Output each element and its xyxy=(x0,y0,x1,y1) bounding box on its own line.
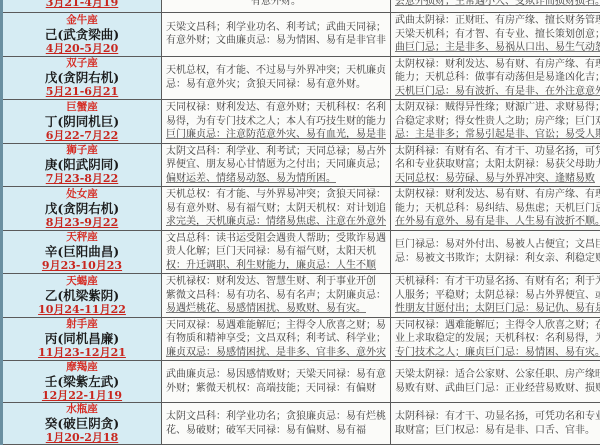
sign-date: 3月21-4月19 xyxy=(3,0,161,9)
sign-date-range: 6月22-7月22 xyxy=(3,129,161,142)
heavenly-stem-stars: 壬(梁紫左武) xyxy=(3,374,161,389)
right-description: 天同权禄：遇难能解厄；主得令人欣喜之财；在事业上求取稳定的发展；天机科权：名利易… xyxy=(391,317,600,361)
description-line: 能力；天机总科：易纠结、易焦虑；天机巨门忌： xyxy=(395,202,600,216)
right-description: 太阴权禄：财利发达、易有财、有房产缘、有理财能力；天机总科：做事有动荡但是易逢凶… xyxy=(391,56,600,100)
mid-description: 天梁文昌科；利学业功名、利考试；武曲天同禄；有意外财；文曲廉贞忌：易为情困、易有… xyxy=(162,13,391,57)
sign-cell: 摩羯座 壬(梁紫左武) 12月22-1月19 xyxy=(2,361,162,401)
description-line: 性朋友甘愿付出；太阴巨门忌：易记仇、易有是非 xyxy=(395,302,600,316)
zodiac-sign-name: 处女座 xyxy=(3,188,161,201)
description-line: 廉贞双忌：易感情困扰、是非多、官非多、意外灾 xyxy=(166,346,386,360)
sign-cell: 3月21-4月19 xyxy=(2,0,162,13)
mid-description: 天机总权，有才能、不过易与外界冲突；天机廉贞忌：易有意外灾；贪狼天同禄：易有意外… xyxy=(162,56,391,100)
table-row: 天蝎座 乙(机梁紫阴) 10月24-11月22 天机禄权：财利发达、智慧生财、利… xyxy=(2,274,600,318)
table-row: 摩羯座 壬(梁紫左武) 12月22-1月19 武曲廉贞忌：易因感情败财；天梁天同… xyxy=(2,361,600,401)
zodiac-sign-name: 天蝎座 xyxy=(3,275,161,288)
heavenly-stem-stars: 丙(同机昌廉) xyxy=(3,331,161,346)
description-line: 易有意外财、易有福气财；太阴天机权：对计划追 xyxy=(166,202,386,216)
description-line: 武曲太阴禄：正财旺、有房产缘、擅长财务管理； xyxy=(395,14,600,28)
description-line: 天同权禄：遇难能解厄；主得令人欣喜之财；在事 xyxy=(395,319,600,333)
ziwei-zodiac-table: 3月21-4月19 有意外财。 会意外损财；主常遇小人、受欺诈而损财损名。 金牛… xyxy=(0,0,600,400)
mid-description: 武曲廉贞忌：易因感情败财；天梁天同禄：易有意外财；紫微天机权：高端技能；天同禄：… xyxy=(162,361,391,401)
description-line: 求完美，天机廉贞忌：情绪易焦虑、注意在外意外 xyxy=(166,215,386,229)
sign-cell: 狮子座 庚(阳武阴同) 7月23-8月22 xyxy=(2,143,162,187)
sign-date-range: 12月22-1月19 xyxy=(3,389,161,400)
zodiac-sign-name: 狮子座 xyxy=(3,144,161,157)
description-line: 武曲廉贞忌：易因感情败财；天梁天同禄：易有意 xyxy=(166,368,386,382)
table-row: 巨蟹座 丁(阴同机巨) 6月22-7月22 天同权禄：财利发达、有意外财；天机科… xyxy=(2,100,600,144)
right-description: 巨门禄忌：易对外付出、易被人占便宜；文昌巨门忌：易被文书欺诈；太阴禄：利女亲、利… xyxy=(391,230,600,274)
description-line: 太阴权禄：财利发达、易有财、有房产缘、有理财 xyxy=(395,188,600,202)
sign-cell: 双子座 戊(贪阴右机) 5月21-6月21 xyxy=(2,56,162,100)
description-line: 紫微文昌科：易有功名、易有名声；太阴廉贞忌： xyxy=(166,289,386,303)
sign-date-range: 9月23-10月23 xyxy=(3,259,161,272)
mid-description: 太阴文昌科：利学业、利考试；天同总禄；易占外界便宜、朋友易心甘情愿为之付出；天同… xyxy=(162,143,391,187)
right-description: 太阴双禄：贼得异性缘；财源广进、求财易得；适合稳定求财；得女性贵人之助；房产缘；… xyxy=(391,100,600,144)
description-line: 天机总权：有才能、与外界易冲突；贪狼天同禄： xyxy=(166,188,386,202)
mid-description: 有意外财。 xyxy=(162,0,391,13)
mid-description: 天机总权：有才能、与外界易冲突；贪狼天同禄：易有意外财、易有福气财；太阴天机权：… xyxy=(162,187,391,231)
description-line: 天同权禄：财利发达、有意外财；天机科权：名利 xyxy=(166,101,386,115)
table-row: 射手座 丙(同机昌廉) 11月23-12月21 天同双禄：易遇难能解厄；主得令人… xyxy=(2,317,600,361)
description-line: 巨门廉贞忌：注意防范意外灾、易有血光，易是非 xyxy=(166,128,386,142)
right-description: 天梁太阴禄：适合公家财、公家任职、房产缘旺、易败有财、武曲巨门忌：正业经营易败财… xyxy=(391,361,600,401)
right-description: 会意外损财；主常遇小人、受欺诈而损财损名。 xyxy=(391,0,600,13)
description-line: 人服务；平稳财；太阴总禄：易占外界便宜、或女 xyxy=(395,289,600,303)
description-line: 界便宜、朋友易心甘情愿为之付出；天同廉贞忌； xyxy=(166,158,386,172)
mid-description: 天同双禄：易遇难能解厄；主得令人欣喜之财；易有物质和精神享受；文昌双科；利考试、… xyxy=(162,317,391,361)
description-line: 偏财运差、情绪易动怒、易为情所困。 xyxy=(166,172,386,186)
table-row: 双子座 戊(贪阴右机) 5月21-6月21 天机总权，有才能、不过易与外界冲突；… xyxy=(2,56,600,100)
sign-date-range: 11月23-12月21 xyxy=(3,346,161,359)
sign-cell: 天秤座 辛(巨阳曲昌) 9月23-10月23 xyxy=(2,230,162,274)
sign-date-range: 8月23-9月22 xyxy=(3,216,161,229)
sign-date-range: 10月24-11月22 xyxy=(3,303,161,316)
description-line: 天机巨门忌：易有波折、有是非、在外注意意外。 xyxy=(395,85,600,99)
sign-cell: 处女座 戊(贪阴右机) 8月23-9月22 xyxy=(2,187,162,231)
description-line: 天同总权：易劳碌、易与外界冲突、逢赌易败 xyxy=(395,172,600,186)
heavenly-stem-stars: 戊(贪阴右机) xyxy=(3,201,161,216)
zodiac-sign-name: 双子座 xyxy=(3,57,161,70)
description-line: 能力；天机总科：做事有动荡但是易逢凶化吉； xyxy=(395,71,600,85)
description-line: 文昌总科：读书运受阻会遇贵人帮助；受欺诈易遇 xyxy=(166,232,386,246)
description-line: 忌：易被文书欺诈；太阴禄：利女亲、利稳定财 xyxy=(395,252,600,266)
mid-description: 天机禄权：财利发达、智慧生财、利于事业开创紫微文昌科：易有功名、易有名声；太阴廉… xyxy=(162,274,391,318)
sign-date-range: 5月21-6月21 xyxy=(3,85,161,98)
description-line: 忌：易有意外灾；贪狼天同禄：易有意外财。 xyxy=(166,78,386,92)
description-line: 天机总权，有才能、不过易与外界冲突；天机廉贞 xyxy=(166,64,386,78)
description-line: 合稳定求财；得女性贵人之助；房产缘；巨门双 xyxy=(395,115,600,129)
sign-cell: 金牛座 己(武贪梁曲) 4月20-5月20 xyxy=(2,13,162,57)
description-line: 太阴权禄：财利发达、易有财、有房产缘、有理财 xyxy=(395,58,600,72)
description-line: 名和专业获取财富；太阳太阴禄：易获父母助力； xyxy=(395,158,600,172)
description-line: 天同双禄：易遇难能解厄；主得令人欣喜之财；易 xyxy=(166,319,386,333)
description-line: 天机禄科：有才干功显名扬、有财有名；利于为他 xyxy=(395,275,600,289)
sign-date-range: 4月20-5月20 xyxy=(3,42,161,55)
table-row: 处女座 戊(贪阴右机) 8月23-9月22 天机总权：有才能、与外界易冲突；贪狼… xyxy=(2,187,600,231)
description-line: 外财；紫微天机权：高端技能；天同禄：有偏财 xyxy=(166,382,386,396)
heavenly-stem-stars: 庚(阳武阴同) xyxy=(3,157,161,172)
description-line: 天梁太阴禄：适合公家财、公家任职、房产缘旺、 xyxy=(395,368,600,382)
table-row-partial: 3月21-4月19 有意外财。 会意外损财；主常遇小人、受欺诈而损财损名。 xyxy=(2,0,600,13)
mid-description: 天同权禄：财利发达、有意外财；天机科权：名利易得，为有专门技术之人；本人有巧技生… xyxy=(162,100,391,144)
description-line: 天机禄权：财利发达、智慧生财、利于事业开创 xyxy=(166,275,386,289)
description-line: 忌：主是非多；常易引起是非、官讼；易受人欺诈 xyxy=(395,128,600,142)
zodiac-sign-name: 摩羯座 xyxy=(3,361,161,374)
heavenly-stem-stars: 己(武贪梁曲) xyxy=(3,27,161,42)
right-description: 太阴权禄：财利发达、易有财、有房产缘、有理财能力；天机总科：易纠结、易焦虑；天机… xyxy=(391,187,600,231)
description-line: 易得，为有专门技术之人；本人有巧技生财的能力 xyxy=(166,115,386,129)
right-description: 天机禄科：有才干功显名扬、有财有名；利于为他人服务；平稳财；太阴总禄：易占外界便… xyxy=(391,274,600,318)
table-row: 金牛座 己(武贪梁曲) 4月20-5月20 天梁文昌科；利学业功名、利考试；武曲… xyxy=(2,13,600,57)
description-line: 在外易有意外、易有是非、人生易有波折不顺。 xyxy=(395,215,600,229)
sign-cell: 天蝎座 乙(机梁紫阴) 10月24-11月22 xyxy=(2,274,162,318)
description-line: 天梁天机科；有才智、有专业、擅长策划创意；文 xyxy=(395,28,600,42)
heavenly-stem-stars: 戊(贪阴右机) xyxy=(3,70,161,85)
description-line: 贵人化解；巨门天同禄：易有福气财，太阳天机 xyxy=(166,245,386,259)
right-description: 太阴科禄：有财有名、有才干、功显名扬，可凭功名和专业获取财富；太阳太阴禄：易获父… xyxy=(391,143,600,187)
table-row: 天秤座 辛(巨阳曲昌) 9月23-10月23 文昌总科：读书运受阻会遇贵人帮助；… xyxy=(2,230,600,274)
table-row: 狮子座 庚(阳武阴同) 7月23-8月22 太阴文昌科：利学业、利考试；天同总禄… xyxy=(2,143,600,187)
sign-cell: 巨蟹座 丁(阴同机巨) 6月22-7月22 xyxy=(2,100,162,144)
heavenly-stem-stars: 乙(机梁紫阴) xyxy=(3,288,161,303)
description-line: 易败有财、武曲巨门忌：正业经营易败财、损财。 xyxy=(395,382,600,396)
right-description: 武曲太阴禄：正财旺、有房产缘、擅长财务管理；天梁天机科；有才智、有专业、擅长策划… xyxy=(391,13,600,57)
description-line: 曲巨门忌；主是非多、易祸从口出、易生气动怒。 xyxy=(395,41,600,55)
description-line: 易遇烂桃花、易感情困扰、易败财、易有灾。 xyxy=(166,302,386,316)
zodiac-sign-name: 射手座 xyxy=(3,318,161,331)
description-line: 业上求取稳定的发展；天机科权：名利易得，为有 xyxy=(395,332,600,346)
sign-cell: 射手座 丙(同机昌廉) 11月23-12月21 xyxy=(2,317,162,361)
description-line: 太阴科禄：有财有名、有才干、功显名扬，可凭功 xyxy=(395,145,600,159)
description-line: 太阴文昌科：利学业、利考试；天同总禄；易占外 xyxy=(166,145,386,159)
zodiac-sign-name: 天秤座 xyxy=(3,231,161,244)
description-line: 专门技术之人；廉贞巨门忌：易情困、易有灾。 xyxy=(395,346,600,360)
description-line: 有意外财；文曲廉贞忌：易为情困、易有是非官非 xyxy=(166,34,386,48)
description-line: 权：升迁调职、利生财能力，廉贞忌：人生不顺 xyxy=(166,259,386,273)
zodiac-sign-name: 金牛座 xyxy=(3,14,161,27)
mid-description: 文昌总科：读书运受阻会遇贵人帮助；受欺诈易遇贵人化解；巨门天同禄：易有福气财，太… xyxy=(162,230,391,274)
description-line: 太阴双禄：贼得异性缘；财源广进、求财易得；适 xyxy=(395,101,600,115)
description-line: 巨门禄忌：易对外付出、易被人占便宜；文昌巨门 xyxy=(395,238,600,252)
description-line: 有物质和精神享受；文昌双科；利考试、科学业； xyxy=(166,332,386,346)
description-line: 天梁文昌科；利学业功名、利考试；武曲天同禄； xyxy=(166,21,386,35)
heavenly-stem-stars: 辛(巨阳曲昌) xyxy=(3,244,161,259)
zodiac-sign-name: 巨蟹座 xyxy=(3,101,161,114)
heavenly-stem-stars: 丁(阴同机巨) xyxy=(3,114,161,129)
sign-date-range: 7月23-8月22 xyxy=(3,172,161,185)
